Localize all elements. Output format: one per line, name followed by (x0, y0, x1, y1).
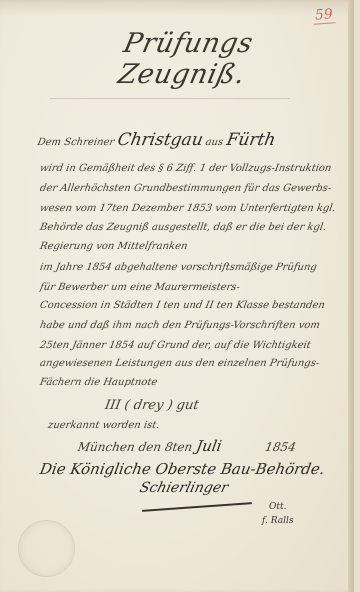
grade-line: III ( drey ) gut (104, 398, 360, 413)
paper-edge (348, 0, 354, 592)
countersign: Ott. f. Ralls (262, 500, 293, 528)
title-underline (50, 98, 290, 99)
signature-flourish (142, 502, 252, 512)
recipient-place: Fürth (225, 130, 277, 150)
date-month: Juli (195, 437, 223, 455)
body-line: für Bewerber um eine Maurermeisters- (39, 282, 341, 293)
document-page: 59 Prüfungs Zeugniß. Dem Schreiner Chris… (0, 0, 354, 592)
signature: Schierlinger (138, 480, 230, 496)
body-line: Regierung von Mittelfranken (39, 241, 341, 252)
date-place: München (77, 440, 136, 454)
body-line: Concession in Städten I ten und II ten K… (39, 300, 341, 311)
date-day: 8ten (164, 440, 194, 454)
authority-line: Die Königliche Oberste Bau-Behörde. (38, 460, 341, 478)
paper-fold-shadow (0, 0, 354, 16)
body-line: im Jahre 1854 abgehaltene vorschriftsmäß… (39, 262, 341, 273)
recipient-connector: aus (205, 137, 224, 148)
body-line: habe und daß ihm nach den Prüfungs-Vorsc… (39, 320, 341, 331)
body-line: 25ten Jänner 1854 auf Grund der, auf die… (39, 340, 341, 351)
body-line: wesen vom 17ten Dezember 1853 vom Unterf… (39, 203, 341, 214)
body-line: Fächern die Hauptnote (39, 377, 341, 388)
body-line: Behörde das Zeugniß ausgestellt, daß er … (39, 222, 341, 233)
countersign-line-1: Ott. (262, 500, 293, 514)
folio-number: 59 (312, 6, 335, 24)
recipient-name: Christgau (116, 130, 205, 150)
recipient-prefix: Dem (37, 137, 62, 148)
recipient-line: Dem Schreiner Christgau aus Fürth (36, 130, 340, 150)
date-year: 1854 (264, 440, 297, 454)
date-day-prefix: den (137, 440, 162, 454)
recipient-role: Schreiner (63, 137, 115, 148)
body-line: der Allerhöchsten Grundbestimmungen für … (39, 183, 341, 194)
closing-line: zuerkannt worden ist. (47, 420, 349, 431)
body-line: angewiesenen Leistungen aus den einzelne… (39, 358, 341, 369)
embossed-seal (18, 520, 75, 577)
date-line: München den 8ten Juli 1854 (76, 437, 360, 455)
countersign-line-2: f. Ralls (262, 514, 293, 528)
body-line: wird in Gemäßheit des § 6 Ziff. 1 der Vo… (39, 163, 341, 174)
document-title: Prüfungs Zeugniß. (73, 28, 296, 90)
